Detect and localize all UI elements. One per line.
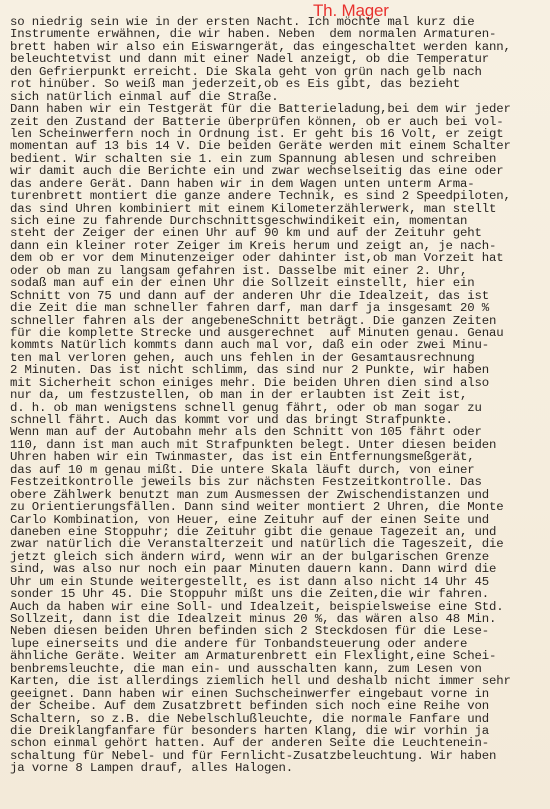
text-line: steht der Zeiger der einen Uhr auf 90 km… (10, 227, 550, 239)
text-line: Uhren haben wir ein Twinmaster, das ist … (10, 451, 550, 463)
text-line: Karten, die ist allerdings ziemlich hell… (10, 675, 550, 687)
text-line: die Zeit die man schneller fahren darf, … (10, 302, 550, 314)
text-line: wir damit auch die Berichte ein und zwar… (10, 165, 550, 177)
typewritten-page: Th. Mager so niedrig sein wie in der ers… (0, 0, 550, 809)
text-line: Instrumente erwähnen, die wir haben. Neb… (10, 28, 550, 40)
text-line: Festzeitkontrolle jeweils bis zur nächst… (10, 476, 550, 488)
text-line: ähnliche Geräte. Weiter am Armaturenbret… (10, 650, 550, 662)
text-line: ja vorne 8 Lampen drauf, alles Halogen. (10, 762, 550, 774)
text-line: der Scheibe. Auf dem Zusatzbrett befinde… (10, 700, 550, 712)
text-line: rot hinüber. So weiß man jederzeit,ob es… (10, 78, 550, 90)
text-line: 2 Minuten. Das ist nicht schlimm, das si… (10, 364, 550, 376)
text-line: sind, was also nur noch ein paar Minuten… (10, 563, 550, 575)
text-line: turenbrett montiert die ganze andere Tec… (10, 190, 550, 202)
text-line: sodaß man auf ein der einen Uhr die Soll… (10, 277, 550, 289)
text-line: Wenn man auf der Autobahn mehr als den S… (10, 426, 550, 438)
text-line: nur da, um festzustellen, ob man in der … (10, 389, 550, 401)
text-line: sonder 15 Uhr 45. Die Stoppuhr mißt uns … (10, 588, 550, 600)
text-line: zwar natürlich die Veranstalterzeit und … (10, 538, 550, 550)
text-line: momentan auf 13 bis 14 V. Die beiden Ger… (10, 140, 550, 152)
typewritten-text-body: so niedrig sein wie in der ersten Nacht.… (10, 16, 550, 775)
text-line: Neben diesen beiden Uhren befinden sich … (10, 625, 550, 637)
text-line: beleuchtetvist und dann mit einer Nadel … (10, 53, 550, 65)
text-line: kommts Natürlich kommts dann auch mal vo… (10, 339, 550, 351)
text-line: dem ob er vor dem Minutenzeiger oder dah… (10, 252, 550, 264)
text-line: Dann haben wir ein Testgerät für die Bat… (10, 103, 550, 115)
text-line: schon einmal gehört hatten. Auf der ande… (10, 737, 550, 749)
text-line: zu Orientierungsfällen. Dann sind weiter… (10, 501, 550, 513)
